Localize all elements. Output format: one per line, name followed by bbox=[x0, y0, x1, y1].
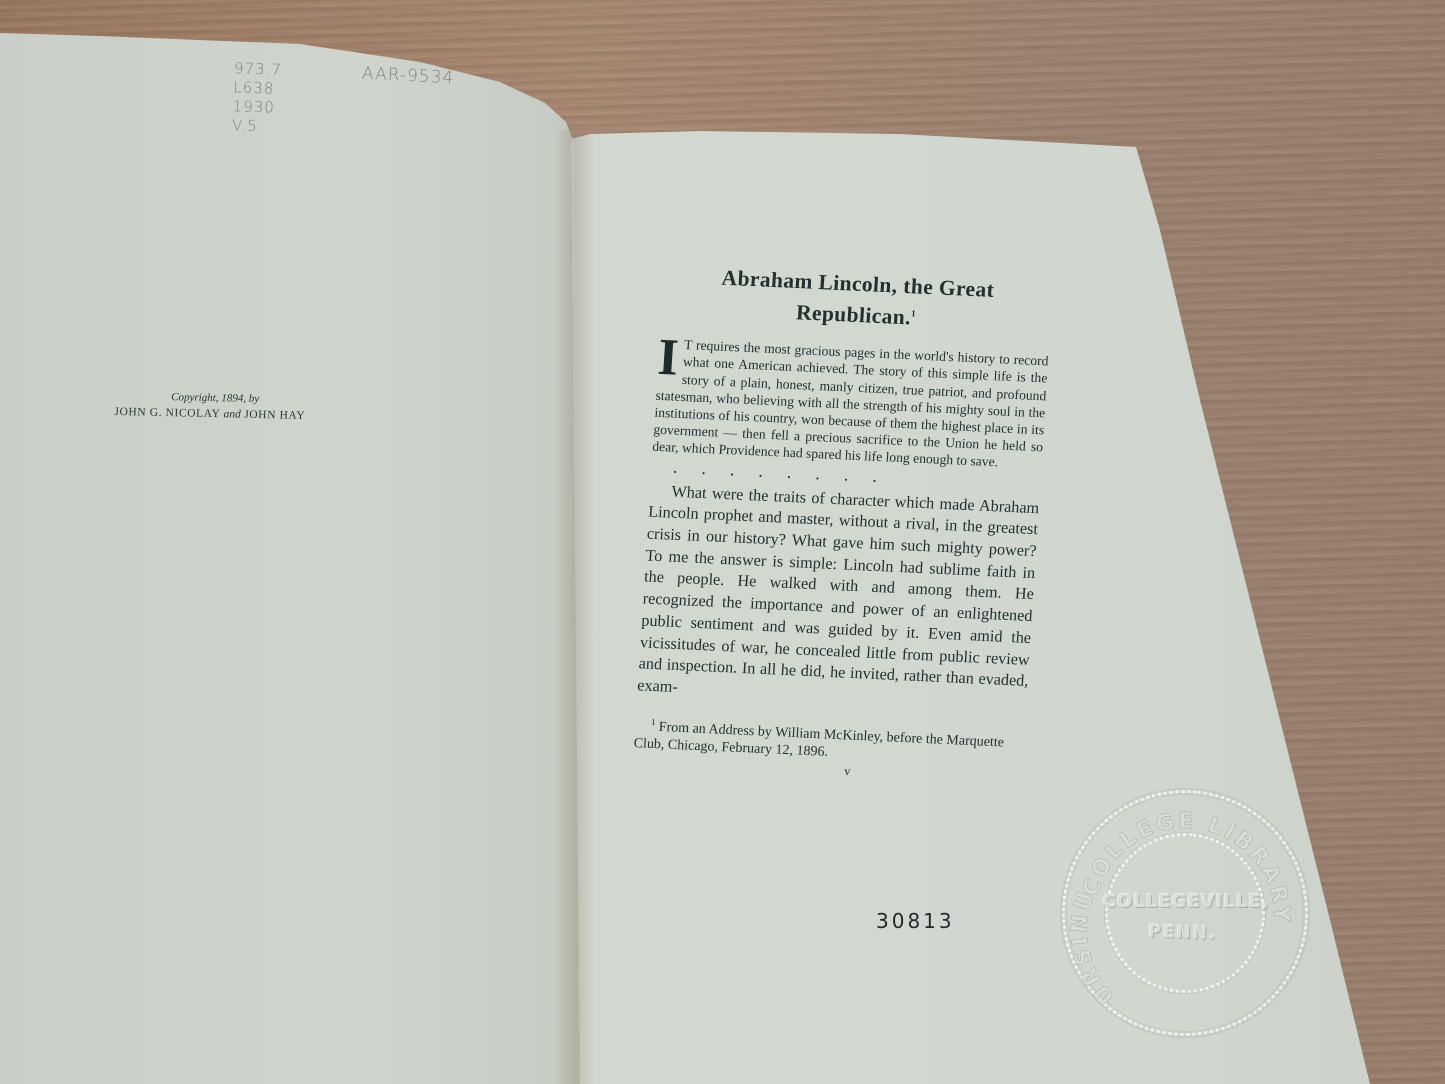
right-page-text: Abraham Lincoln, the Great Republican.1 … bbox=[632, 262, 1054, 787]
drop-cap: I bbox=[657, 337, 680, 380]
seal-ring-text-icon: COLLEGE LIBRARY URSINUS bbox=[1053, 781, 1317, 1045]
call-number-line: 973.7 bbox=[234, 59, 283, 80]
footnote-text: From an Address by William McKinley, bef… bbox=[633, 720, 1004, 761]
author-hay: JOHN HAY bbox=[244, 409, 305, 422]
call-number-pencil: 973.7 L638 1930 V.5 bbox=[232, 59, 283, 137]
opening-paragraph: IT requires the most gracious pages in t… bbox=[652, 335, 1049, 473]
conjunction: and bbox=[223, 408, 240, 420]
call-number-line: V.5 bbox=[232, 116, 281, 137]
author-nicolay: JOHN G. NICOLAY bbox=[114, 406, 220, 420]
seal-town: COLLEGEVILLE, bbox=[1066, 891, 1306, 912]
footnote-marker: 1 bbox=[651, 717, 656, 727]
call-number-line: L638 bbox=[233, 78, 282, 99]
book-gutter bbox=[555, 130, 595, 1084]
accession-number-ink: 30813 bbox=[876, 909, 955, 933]
left-page bbox=[0, 0, 600, 1084]
body-paragraph: What were the traits of character which … bbox=[637, 480, 1040, 714]
title-line-2: Republican. bbox=[795, 300, 911, 329]
title-footnote-marker: 1 bbox=[911, 308, 917, 318]
call-number-line: 1930 bbox=[232, 97, 281, 118]
photo-scene: 973.7 L638 1930 V.5 AAR-9534 Copyright, … bbox=[0, 0, 1445, 1084]
opening-paragraph-text: T requires the most gracious pages in th… bbox=[652, 337, 1049, 470]
copyright-notice: Copyright, 1894, by JOHN G. NICOLAY and … bbox=[80, 389, 341, 422]
embossed-library-seal: COLLEGE LIBRARY URSINUS COLLEGEVILLE, PE… bbox=[1050, 778, 1320, 1048]
